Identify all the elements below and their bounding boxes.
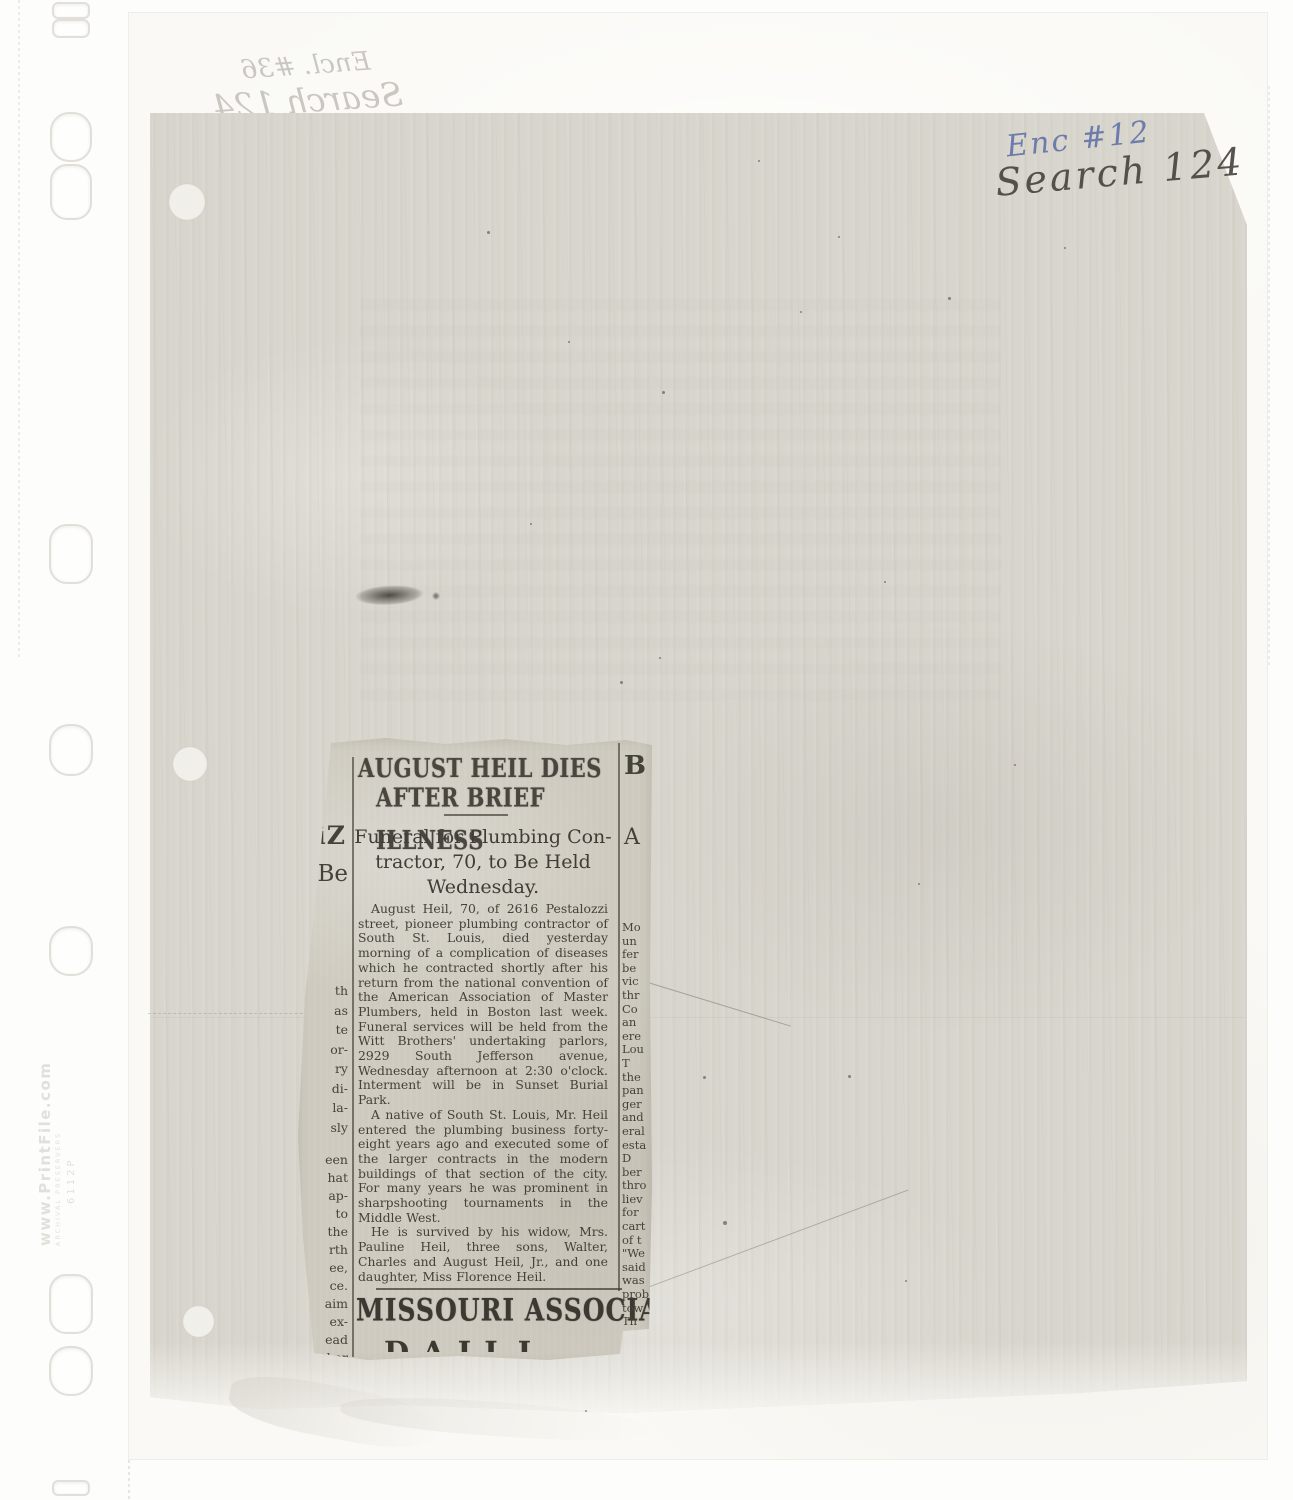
scan-speck <box>620 681 623 684</box>
scan-speck <box>905 1280 907 1282</box>
scan-speck <box>659 657 661 659</box>
punch-hole <box>49 524 93 584</box>
punch-hole <box>49 1346 93 1396</box>
ghost-text-bleedthrough <box>360 300 1000 700</box>
punch-hole <box>49 926 93 976</box>
masthead-rule <box>376 1288 622 1290</box>
column-rule-right <box>618 743 620 1291</box>
punch-hole <box>52 1480 90 1496</box>
scan-speck <box>838 236 840 238</box>
scan-speck <box>848 1075 851 1078</box>
scan-speck <box>568 341 570 343</box>
page-punch-hole <box>182 1305 215 1338</box>
scan-speck <box>1064 247 1066 249</box>
watermark-tagline: ARCHIVAL PRESERVERS <box>54 1031 62 1246</box>
punch-hole <box>50 164 92 220</box>
headline-divider-rule <box>444 814 508 816</box>
punch-hole <box>52 2 90 19</box>
punch-hole <box>49 724 93 776</box>
scanned-document-page: www.PrintFile.com ARCHIVAL PRESERVERS 61… <box>0 0 1293 1500</box>
ink-smudge-dot <box>432 592 440 600</box>
scan-speck <box>487 231 490 234</box>
page-punch-hole <box>168 183 206 221</box>
right-column-subhead-fragment: A <box>624 825 640 850</box>
page-punch-hole <box>172 746 208 782</box>
watermark-product-number: 6112P <box>66 1031 77 1204</box>
obituary-subhead: Funeral for Plumbing Con-tractor, 70, to… <box>354 825 612 900</box>
right-column-headline-fragment: B <box>624 751 646 781</box>
punch-hole <box>49 1274 93 1334</box>
scan-speck <box>723 1221 727 1225</box>
scan-speck <box>884 581 886 583</box>
right-column-fragments: MounferbevicthrCoanereLouTthepangerander… <box>622 921 649 1329</box>
sleeve-watermark: www.PrintFile.com ARCHIVAL PRESERVERS 61… <box>36 1031 77 1246</box>
sleeve-seam-left <box>18 0 20 660</box>
newspaper-clipping: iZ Be thasteor-rydi-la-sly eenhatap-toth… <box>296 737 653 1367</box>
scan-speck <box>758 160 760 162</box>
scan-speck <box>530 523 532 525</box>
scan-speck <box>585 1410 587 1412</box>
scan-speck <box>948 297 951 300</box>
sleeve-seam-right <box>1268 86 1270 666</box>
scan-speck <box>918 883 920 885</box>
scan-speck <box>662 391 665 394</box>
obituary-body: August Heil, 70, of 2616 Pestalozzi stre… <box>358 902 608 1284</box>
scan-speck <box>703 1076 706 1079</box>
scan-speck <box>800 311 802 313</box>
watermark-url: www.PrintFile.com <box>36 1031 54 1246</box>
scan-speck <box>1014 764 1016 766</box>
punch-hole <box>52 19 90 38</box>
punch-hole <box>50 112 92 162</box>
masthead-partial-text: DAILI <box>384 1335 634 1352</box>
